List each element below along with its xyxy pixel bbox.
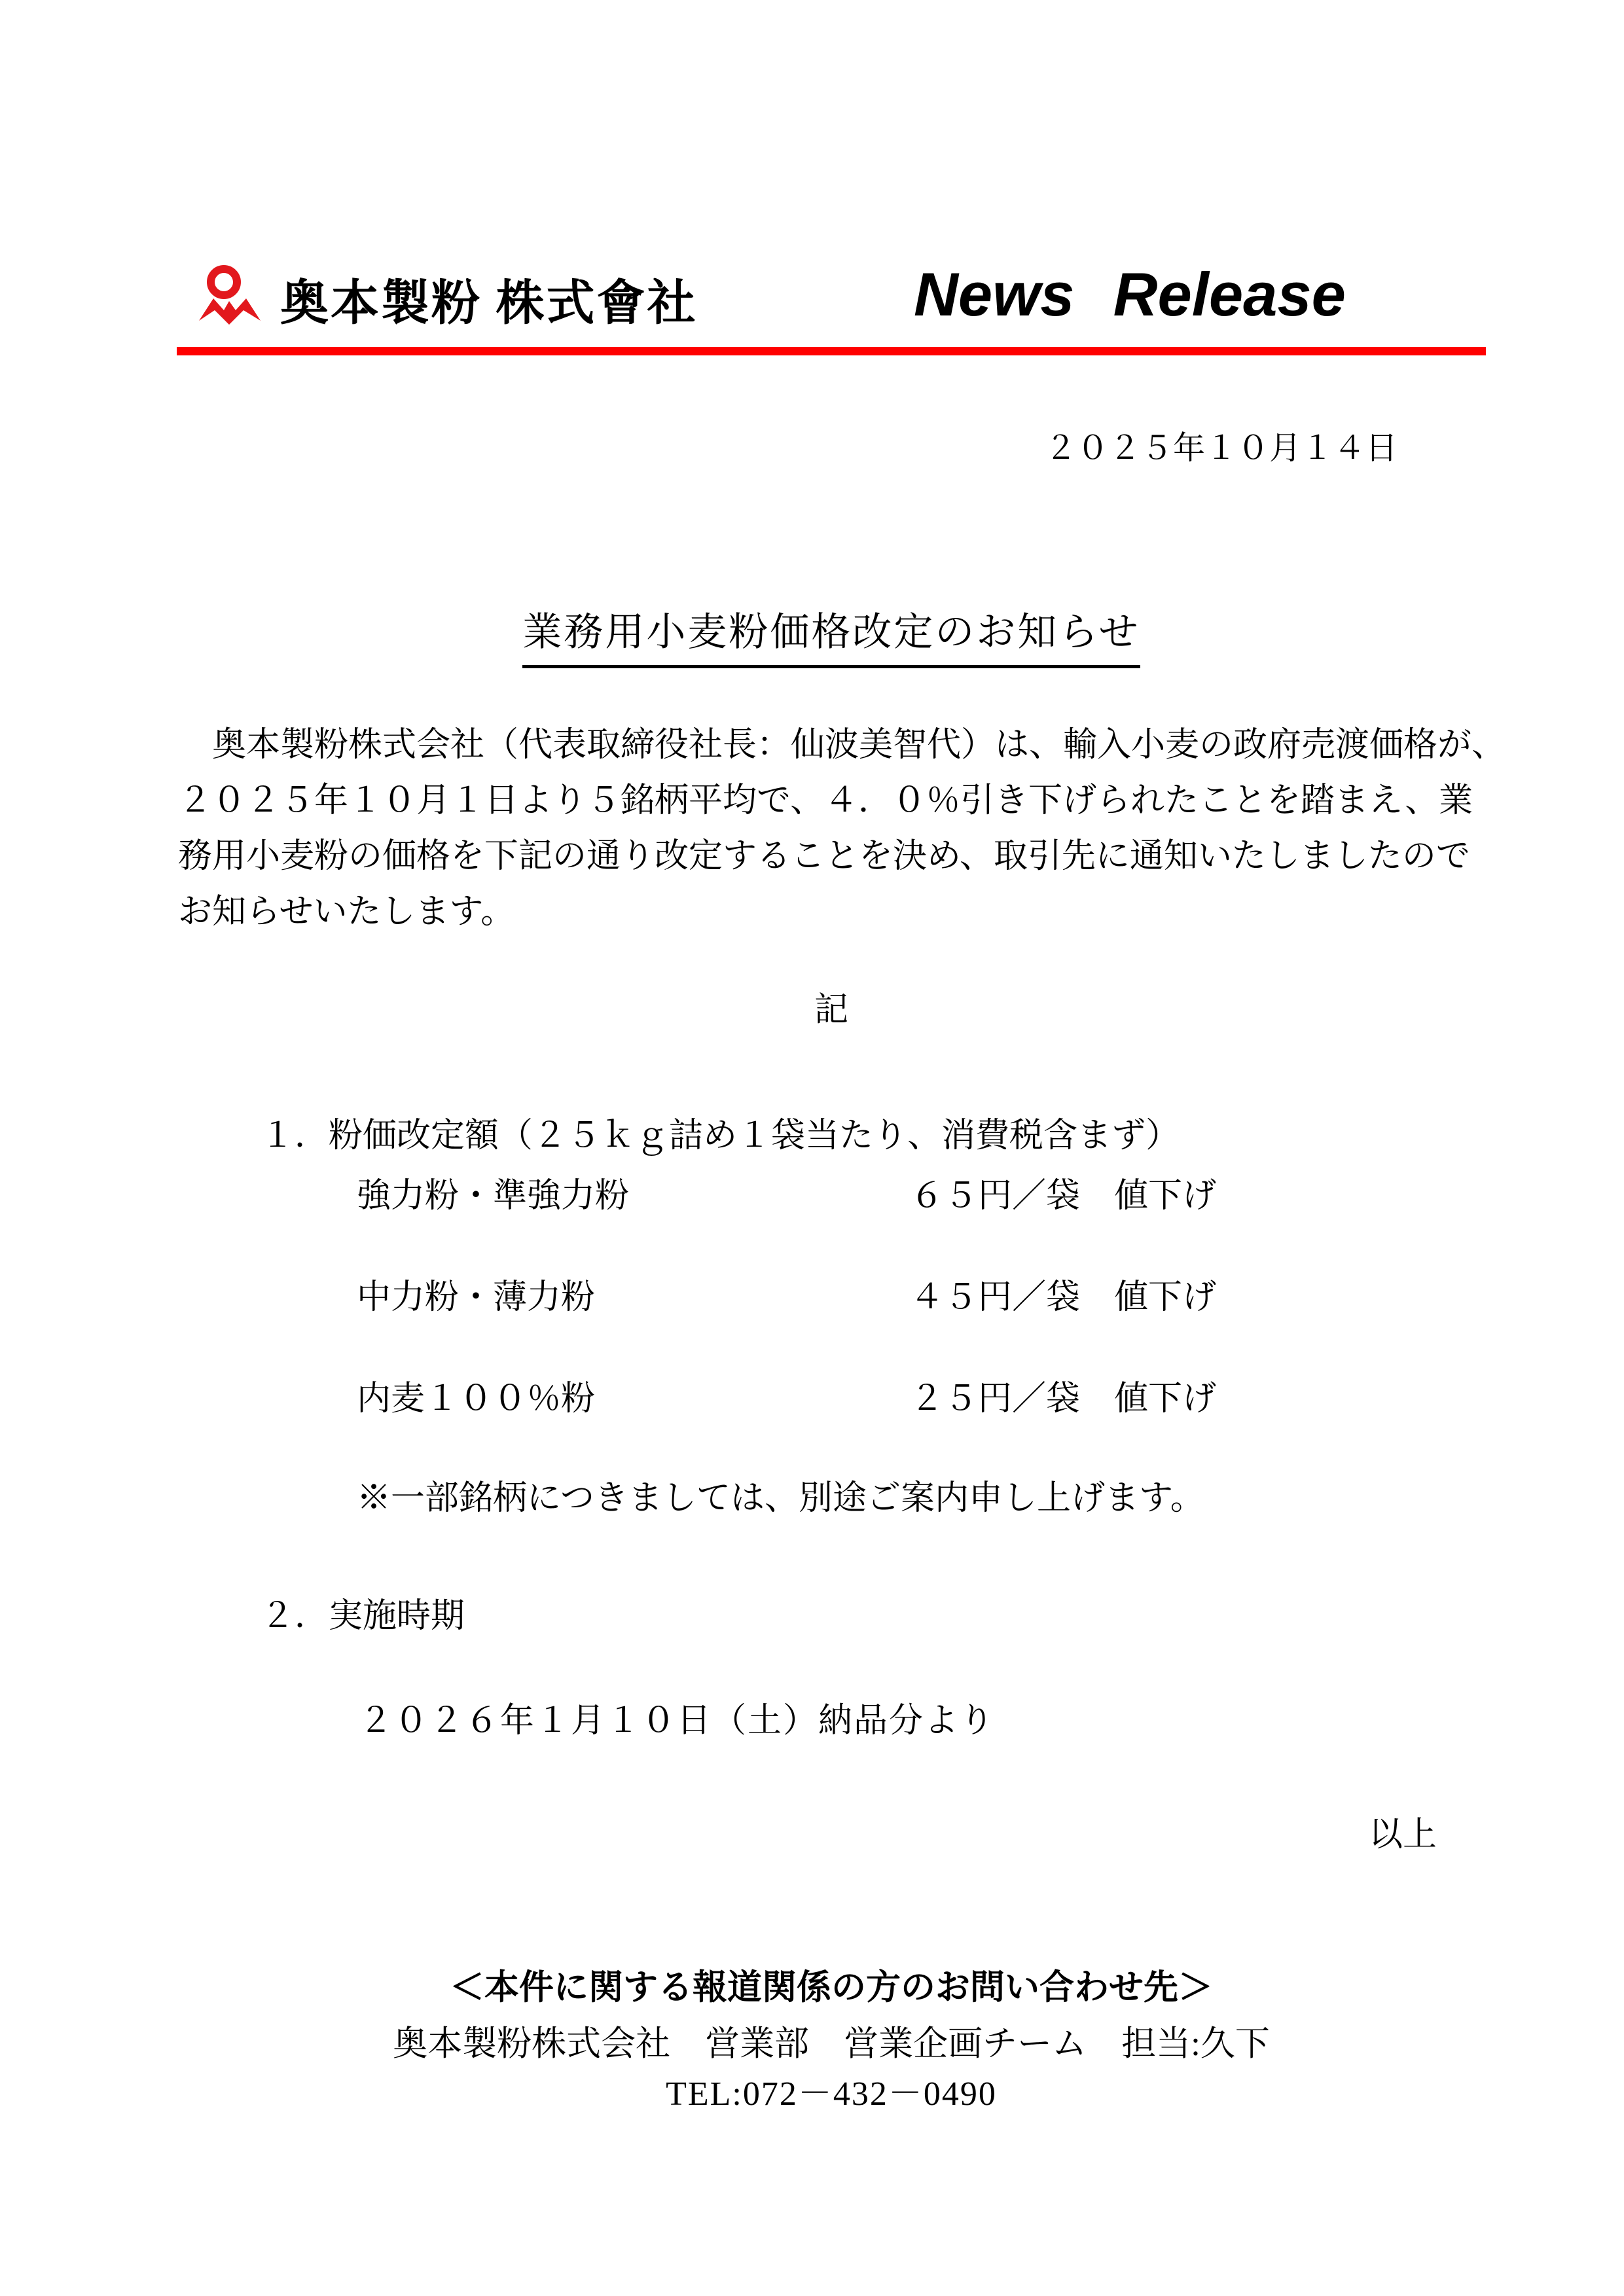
body-line: お知らせいたします。 <box>178 884 1487 940</box>
company-name: 奥本製粉 株式會社 <box>280 264 698 334</box>
price-note: ※一部銘柄につきましては、別途ご案内申し上げます。 <box>357 1470 1204 1519</box>
section2-heading: ２．実施時期 <box>261 1588 465 1637</box>
price-table: 強力粉・準強力粉 ６５円／袋 値下げ 中力粉・薄力粉 ４５円／袋 値下げ 内麦１… <box>357 1179 1339 1484</box>
price-row: 内麦１００％粉 ２５円／袋 値下げ <box>357 1382 1339 1416</box>
price-label: 内麦１００％粉 <box>357 1382 910 1416</box>
page-title-wrap: 業務用小麦粉価格改定のお知らせ <box>177 601 1486 668</box>
company-logo-icon <box>195 264 263 327</box>
price-value: ６５円／袋 値下げ <box>910 1179 1216 1213</box>
closing-text: 以上 <box>177 1806 1437 1856</box>
om-ribbon-medal-icon <box>195 264 263 327</box>
price-value: ４５円／袋 値下げ <box>910 1281 1216 1315</box>
footer-heading: ＜本件に関する報道関係の方のお問い合わせ先＞ <box>177 1960 1486 2009</box>
section1-heading: １．粉価改定額（２５ｋｇ詰め１袋当たり、消費税含まず） <box>261 1107 1180 1157</box>
body-paragraph: 奥本製粉株式会社（代表取締役社長：仙波美智代）は、輸入小麦の政府売渡価格が、 ２… <box>178 717 1487 940</box>
body-line: 務用小麦粉の価格を下記の通り改定することを決め、取引先に通知いたしましたので <box>178 829 1487 884</box>
press-release-page: { "header": { "logo_icon": "om-ribbon-me… <box>0 0 1624 2296</box>
price-row: 強力粉・準強力粉 ６５円／袋 値下げ <box>357 1179 1339 1213</box>
page-title: 業務用小麦粉価格改定のお知らせ <box>522 601 1140 668</box>
header-rule-divider <box>177 347 1486 355</box>
footer-contact-line: 奥本製粉株式会社 営業部 営業企画チーム 担当:久下 <box>177 2016 1486 2066</box>
body-line: 奥本製粉株式会社（代表取締役社長：仙波美智代）は、輸入小麦の政府売渡価格が、 <box>178 717 1487 773</box>
price-row: 中力粉・薄力粉 ４５円／袋 値下げ <box>357 1281 1339 1315</box>
body-line: ２０２５年１０月１日より５銘柄平均で、４．０％引き下げられたことを踏まえ、業 <box>178 773 1487 829</box>
price-label: 強力粉・準強力粉 <box>357 1179 910 1213</box>
price-value: ２５円／袋 値下げ <box>910 1382 1216 1416</box>
news-release-title: News Release <box>914 259 1346 330</box>
price-label: 中力粉・薄力粉 <box>357 1281 910 1315</box>
section2-detail: ２０２６年１月１０日（土）納品分より <box>359 1693 995 1742</box>
footer-tel-line: TEL:072－432－0490 <box>177 2066 1486 2115</box>
notation-marker: 記 <box>177 982 1486 1031</box>
date-line: ２０２５年１０月１４日 <box>177 423 1398 469</box>
